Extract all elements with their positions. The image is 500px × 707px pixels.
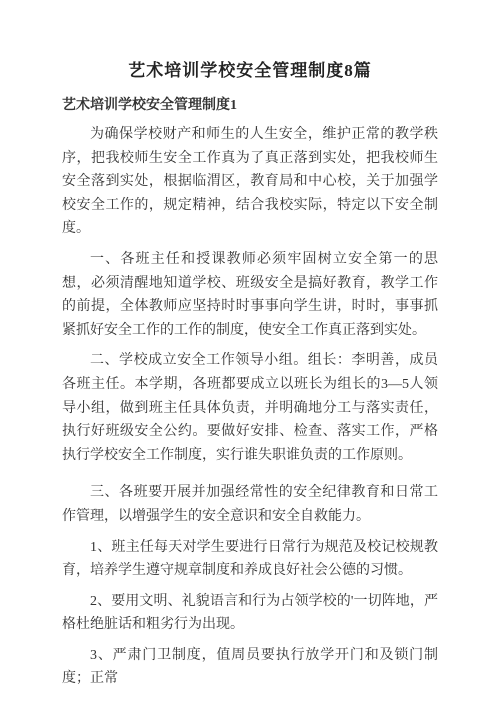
section-heading: 艺术培训学校安全管理制度1 (62, 94, 438, 114)
document-page: 艺术培训学校安全管理制度8篇 艺术培训学校安全管理制度1 为确保学校财产和师生的… (0, 0, 500, 707)
paragraph: 2、要用文明、礼貌语言和行为占领学校的'一切阵地，严格杜绝脏话和粗劣行为出现。 (62, 590, 438, 637)
paragraph: 二、学校成立安全工作领导小组。组长：李明善，成员各班主任。本学期，各班都要成立以… (62, 349, 438, 467)
paragraph: 为确保学校财产和师生的人生安全，维护正常的教学秩序，把我校师生安全工作真为了真正… (62, 123, 438, 241)
paragraph: 三、各班要开展并加强经常性的安全纪律教育和日常工作管理，以增强学生的安全意识和安… (62, 481, 438, 528)
document-title: 艺术培训学校安全管理制度8篇 (62, 56, 438, 81)
paragraph: 一、各班主任和授课教师必须牢固树立安全第一的思想，必须清醒地知道学校、班级安全是… (62, 248, 438, 342)
paragraph: 1、班主任每天对学生要进行日常行为规范及校记校规教育，培养学生遵守规章制度和养成… (62, 536, 438, 583)
paragraph: 3、严肃门卫制度，值周员要执行放学开门和及锁门制度；正常 (62, 644, 438, 691)
document-body: 为确保学校财产和师生的人生安全，维护正常的教学秩序，把我校师生安全工作真为了真正… (62, 123, 438, 691)
